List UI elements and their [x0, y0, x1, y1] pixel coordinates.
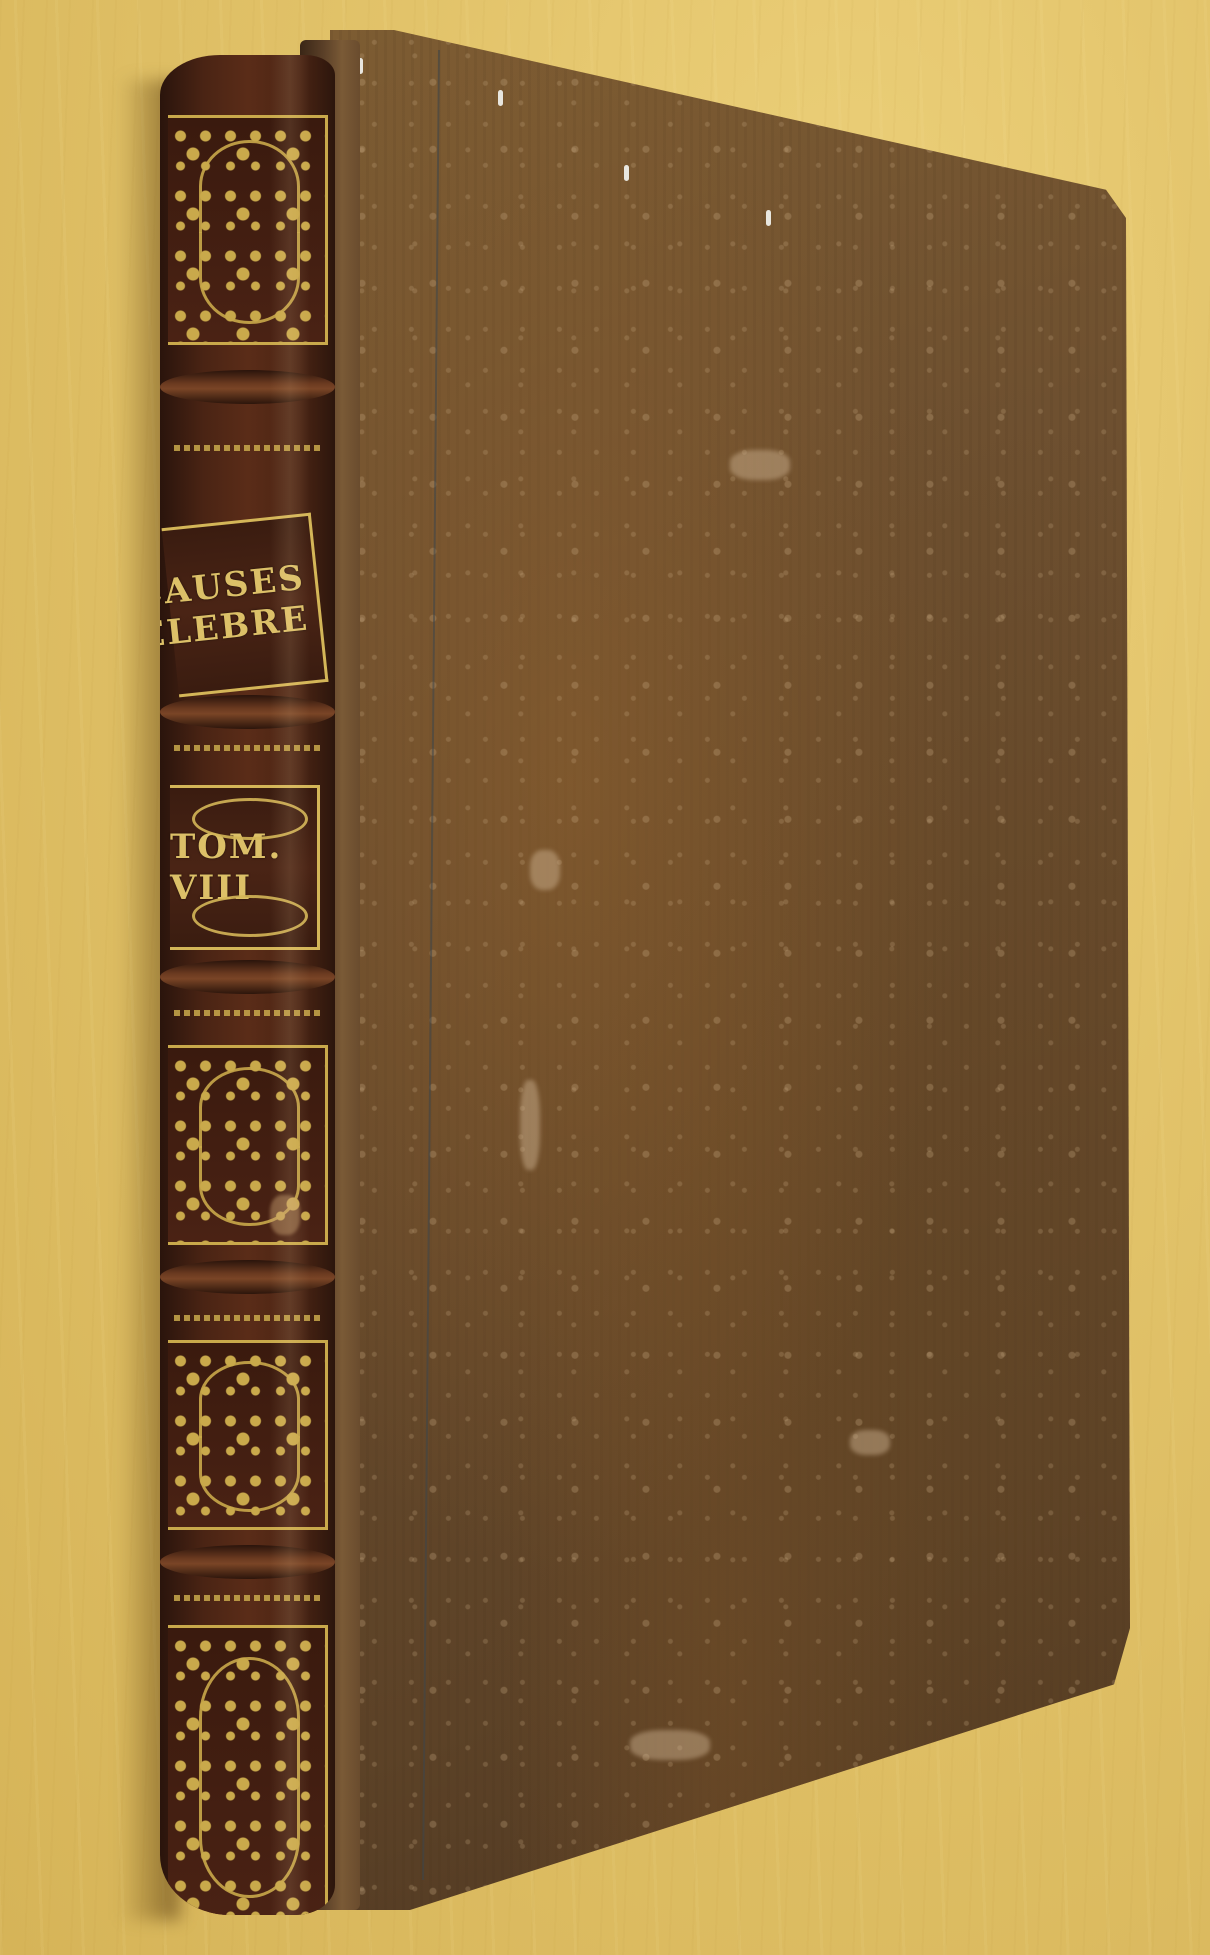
cover-scuff: [520, 1080, 540, 1170]
front-cover: [330, 30, 1130, 1910]
cover-texture: [330, 30, 1130, 1910]
page-marker-tab: [624, 165, 629, 181]
cover-scuff: [630, 1730, 710, 1760]
spine: CAUSES CELEBRE TOM. VIII: [160, 55, 335, 1915]
cover-scuff: [850, 1430, 890, 1455]
page-marker-tab: [766, 210, 771, 226]
book: CAUSES CELEBRE TOM. VIII: [0, 0, 1210, 1955]
page-marker-tab: [498, 90, 503, 106]
spine-highlight: [270, 55, 310, 1915]
cover-scuff: [530, 850, 560, 890]
cover-scuff: [730, 450, 790, 480]
